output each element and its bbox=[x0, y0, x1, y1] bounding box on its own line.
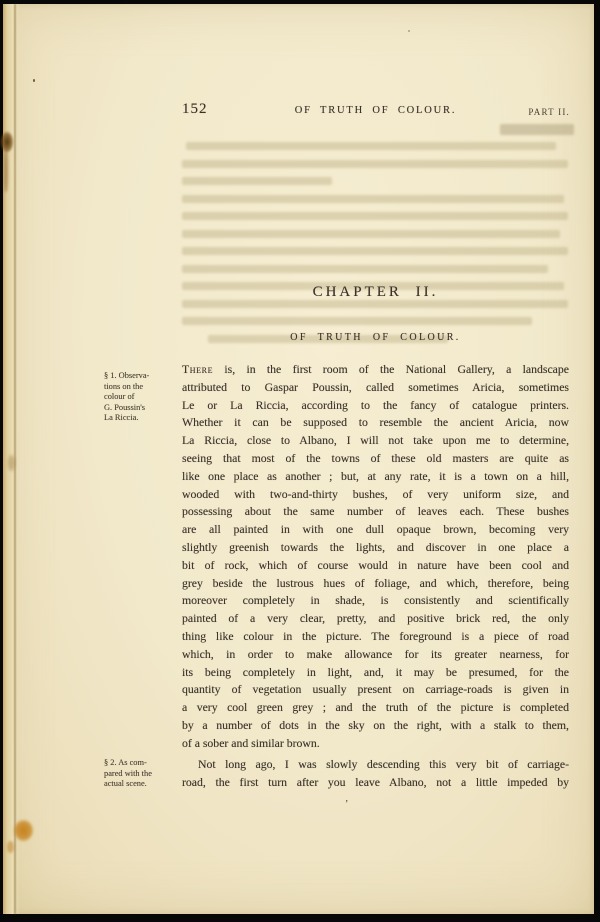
stain bbox=[8, 455, 15, 471]
paragraph-2-lines: Not long ago, I was slowly descending th… bbox=[182, 756, 569, 792]
text-line: which, in order to make allowance for it… bbox=[182, 646, 569, 664]
paragraph-2: Not long ago, I was slowly descending th… bbox=[182, 756, 569, 792]
lead-word: There bbox=[182, 362, 213, 376]
text-line: by a number of dots in the sky on the ri… bbox=[182, 717, 569, 735]
scanned-book-photo: 152 OF TRUTH OF COLOUR. PART II. CHAPTER… bbox=[0, 0, 600, 922]
stain bbox=[7, 841, 14, 853]
text-line: possessing about the same number of leav… bbox=[182, 503, 569, 521]
text-line: thing like colour in the picture. The fo… bbox=[182, 628, 569, 646]
text-line: Not long ago, I was slowly descending th… bbox=[182, 756, 569, 774]
margin-note-line: tions on the bbox=[104, 382, 184, 393]
bleed-through-block bbox=[500, 124, 574, 135]
text-line: wooded with two-and-thirty bushes, of ve… bbox=[182, 486, 569, 504]
text-line: road, the first turn after you leave Alb… bbox=[182, 774, 569, 792]
paragraph-1: There is, in the first room of the Natio… bbox=[182, 361, 569, 753]
text-line: are all painted in with one dull opaque … bbox=[182, 521, 569, 539]
bleed-through-line bbox=[182, 160, 568, 168]
bleed-through-line bbox=[182, 317, 532, 325]
stain bbox=[14, 820, 33, 841]
stain bbox=[1, 132, 13, 152]
text-line: La Riccia, close to Albano, I will not t… bbox=[182, 432, 569, 450]
text-line: of a sober and similar brown. bbox=[182, 735, 569, 753]
text-line: There is, in the first room of the Natio… bbox=[182, 361, 569, 379]
text-line: Whether it can be supposed to resemble t… bbox=[182, 414, 569, 432]
stain bbox=[4, 150, 8, 192]
chapter-title: CHAPTER II. bbox=[182, 284, 569, 301]
ink-speck bbox=[408, 30, 410, 32]
bleed-through-line bbox=[182, 177, 332, 185]
margin-note-line: colour of bbox=[104, 392, 184, 403]
bleed-through-line bbox=[182, 247, 568, 255]
bleed-through-line bbox=[182, 265, 548, 273]
bleed-through-line bbox=[182, 195, 564, 203]
bleed-through-line bbox=[182, 212, 568, 220]
text-run: is, in the first room of the National Ga… bbox=[213, 362, 569, 376]
text-line: grey beside the lustrous hues of foliage… bbox=[182, 575, 569, 593]
text-line: slightly greenish towards the lights, an… bbox=[182, 539, 569, 557]
text-line: like one place as another ; but, at any … bbox=[182, 468, 569, 486]
text-line: a very cool green grey ; and the truth o… bbox=[182, 699, 569, 717]
part-label: PART II. bbox=[528, 107, 570, 117]
bleed-through-line bbox=[182, 230, 560, 238]
margin-note-1: § 1. Observa-tions on thecolour ofG. Pou… bbox=[104, 371, 184, 424]
stray-ink-mark: ‚ bbox=[345, 793, 348, 804]
text-line: painted of a very clear, pretty, and pos… bbox=[182, 610, 569, 628]
bleed-through-line bbox=[182, 300, 568, 308]
text-line: Le or La Riccia, according to the fancy … bbox=[182, 397, 569, 415]
margin-note-2: § 2. As com-pared with theactual scene. bbox=[104, 758, 192, 790]
running-title: OF TRUTH OF COLOUR. bbox=[182, 105, 569, 116]
ink-speck bbox=[33, 79, 35, 82]
chapter-subtitle: OF TRUTH OF COLOUR. bbox=[182, 332, 569, 343]
text-line: seeing that most of the towns of these o… bbox=[182, 450, 569, 468]
margin-note-line: pared with the bbox=[104, 769, 192, 780]
book-page: 152 OF TRUTH OF COLOUR. PART II. CHAPTER… bbox=[3, 4, 594, 914]
margin-note-line: actual scene. bbox=[104, 779, 192, 790]
margin-note-line: § 2. As com- bbox=[104, 758, 192, 769]
text-line: quantity of vegetation usually present o… bbox=[182, 681, 569, 699]
bleed-through-line bbox=[186, 142, 556, 150]
text-line: bit of rock, which of course would in na… bbox=[182, 557, 569, 575]
margin-note-line: § 1. Observa- bbox=[104, 371, 184, 382]
text-line: moreover completely in shade, is consist… bbox=[182, 592, 569, 610]
text-line: its being completely in light, and, it m… bbox=[182, 664, 569, 682]
margin-note-line: G. Poussin's bbox=[104, 403, 184, 414]
text-line: attributed to Gaspar Poussin, called som… bbox=[182, 379, 569, 397]
paragraph-1-lines: attributed to Gaspar Poussin, called som… bbox=[182, 379, 569, 753]
margin-note-line: La Riccia. bbox=[104, 413, 184, 424]
